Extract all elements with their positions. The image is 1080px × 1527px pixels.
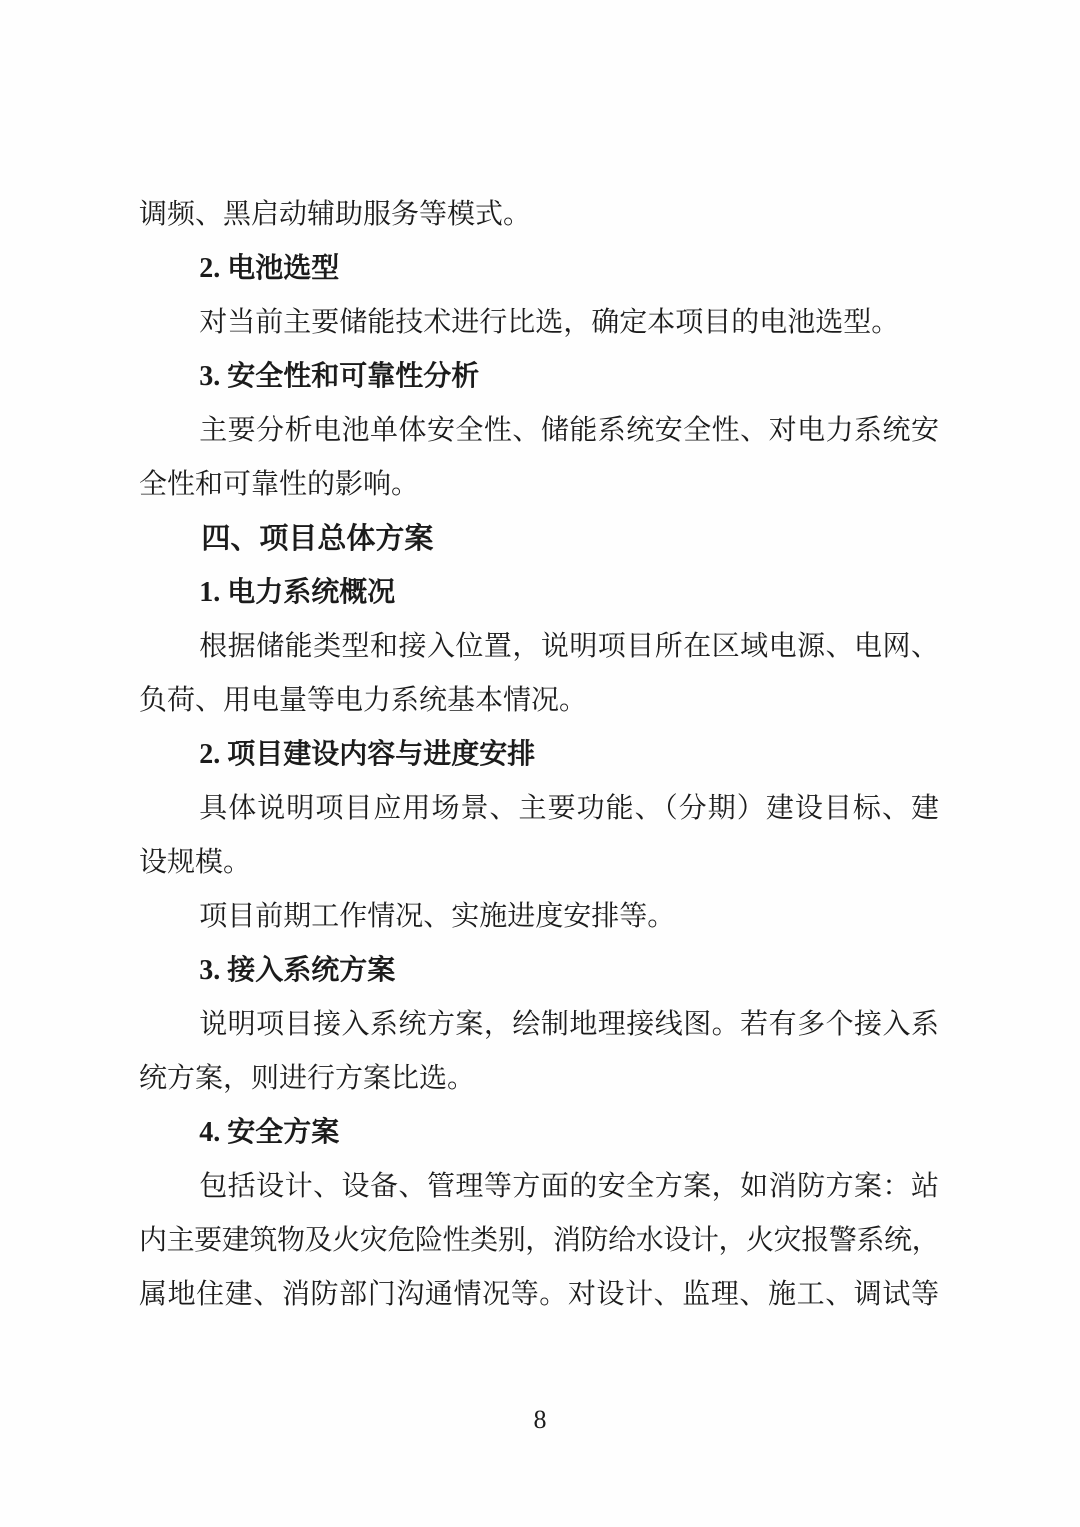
- text-line: 对当前主要储能技术进行比选，确定本项目的电池选型。: [139, 296, 939, 350]
- text-line: 属地住建、消防部门沟通情况等。对设计、监理、施工、调试等: [139, 1268, 939, 1322]
- text-line: 统方案，则进行方案比选。: [139, 1052, 939, 1106]
- document-page: 调频、黑启动辅助服务等模式。2. 电池选型对当前主要储能技术进行比选，确定本项目…: [0, 0, 1080, 1527]
- heading-line: 3. 安全性和可靠性分析: [139, 350, 939, 404]
- heading-line: 2. 项目建设内容与进度安排: [139, 728, 939, 782]
- text-line: 全性和可靠性的影响。: [139, 458, 939, 512]
- text-line: 说明项目接入系统方案，绘制地理接线图。若有多个接入系: [139, 998, 939, 1052]
- heading-line: 1. 电力系统概况: [139, 566, 939, 620]
- text-line: 主要分析电池单体安全性、储能系统安全性、对电力系统安: [139, 404, 939, 458]
- heading-line: 4. 安全方案: [139, 1106, 939, 1160]
- text-line: 根据储能类型和接入位置，说明项目所在区域电源、电网、: [139, 620, 939, 674]
- heading-line: 2. 电池选型: [139, 242, 939, 296]
- text-line: 设规模。: [139, 836, 939, 890]
- document-body: 调频、黑启动辅助服务等模式。2. 电池选型对当前主要储能技术进行比选，确定本项目…: [139, 188, 939, 1322]
- text-line: 包括设计、设备、管理等方面的安全方案，如消防方案：站: [139, 1160, 939, 1214]
- text-line: 负荷、用电量等电力系统基本情况。: [139, 674, 939, 728]
- page-number: 8: [0, 1405, 1080, 1435]
- heading-line: 四、项目总体方案: [139, 512, 939, 566]
- text-line: 调频、黑启动辅助服务等模式。: [139, 188, 939, 242]
- text-line: 内主要建筑物及火灾危险性类别，消防给水设计，火灾报警系统，: [139, 1214, 939, 1268]
- text-line: 具体说明项目应用场景、主要功能、（分期）建设目标、建: [139, 782, 939, 836]
- heading-line: 3. 接入系统方案: [139, 944, 939, 998]
- text-line: 项目前期工作情况、实施进度安排等。: [139, 890, 939, 944]
